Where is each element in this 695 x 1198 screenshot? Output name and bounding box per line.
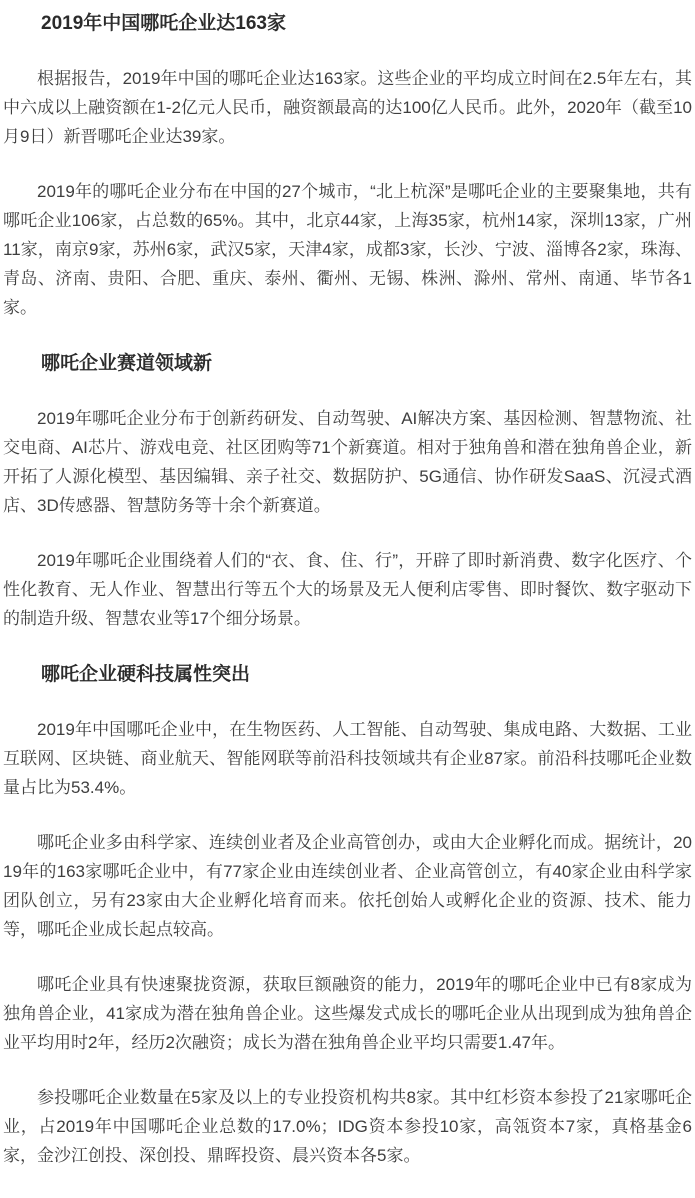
section-heading-new-tracks: 哪吒企业赛道领域新 xyxy=(3,349,692,378)
paragraph-city-distribution: 2019年的哪吒企业分布在中国的27个城市，“北上杭深”是哪吒企业的主要聚集地，… xyxy=(3,177,692,322)
paragraph-frontier-tech: 2019年中国哪吒企业中，在生物医药、人工智能、自动驾驶、集成电路、大数据、工业… xyxy=(3,715,692,802)
article-body: 2019年中国哪吒企业达163家 根据报告，2019年中国的哪吒企业达163家。… xyxy=(3,9,692,1170)
paragraph-track-fields: 2019年哪吒企业分布于创新药研发、自动驾驶、AI解决方案、基因检测、智慧物流、… xyxy=(3,404,692,520)
paragraph-investors: 参投哪吒企业数量在5家及以上的专业投资机构共8家。其中红杉资本参投了21家哪吒企… xyxy=(3,1083,692,1170)
paragraph-unicorn-growth: 哪吒企业具有快速聚拢资源，获取巨额融资的能力，2019年的哪吒企业中已有8家成为… xyxy=(3,970,692,1057)
section-heading-company-count: 2019年中国哪吒企业达163家 xyxy=(3,9,692,38)
paragraph-founder-background: 哪吒企业多由科学家、连续创业者及企业高管创办，或由大企业孵化而成。据统计，201… xyxy=(3,828,692,944)
section-heading-hard-tech: 哪吒企业硬科技属性突出 xyxy=(3,660,692,689)
paragraph-report-overview: 根据报告，2019年中国的哪吒企业达163家。这些企业的平均成立时间在2.5年左… xyxy=(3,64,692,151)
paragraph-life-scenes: 2019年哪吒企业围绕着人们的“衣、食、住、行”，开辟了即时新消费、数字化医疗、… xyxy=(3,546,692,633)
